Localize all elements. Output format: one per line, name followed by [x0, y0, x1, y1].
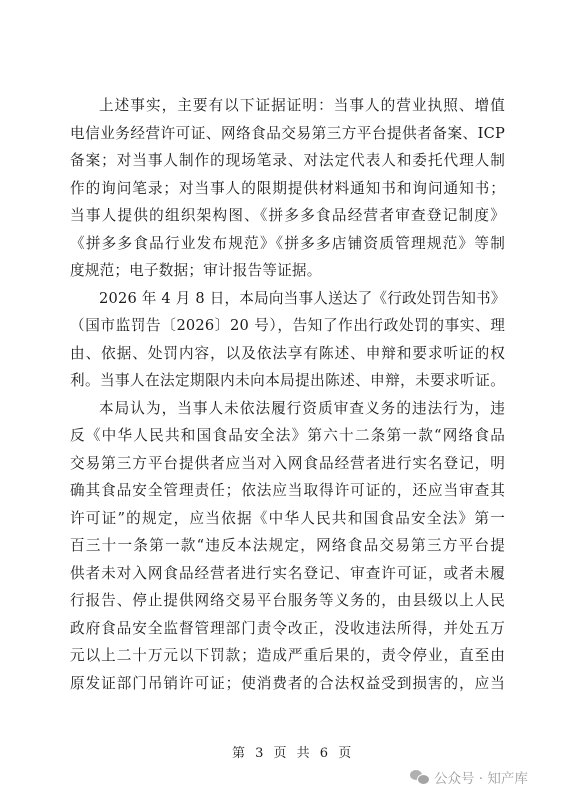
text-line: 《拼多多食品行业发布规范》《拼多多店铺资质管理规范》等制	[70, 230, 505, 258]
page-number: 第 3 页 共 6 页	[232, 742, 354, 761]
text-line: 元以上二十万元以下罚款；造成严重后果的，责令停业，直至由	[70, 642, 505, 670]
text-line: 2026 年 4 月 8 日，本局向当事人送达了《行政处罚告知书》	[70, 285, 505, 313]
wechat-icon	[410, 769, 430, 785]
text-line: 供者未对入网食品经营者进行实名登记、审查许可证，或者未履	[70, 560, 505, 588]
watermark: 公众号 · 知产库	[410, 767, 528, 787]
text-line: 本局认为，当事人未依法履行资质审查义务的违法行为，违	[70, 395, 505, 423]
watermark-text: 公众号 · 知产库	[434, 767, 528, 787]
text-line: 交易第三方平台提供者应当对入网食品经营者进行实名登记，明	[70, 450, 505, 478]
text-line: （国市监罚告〔2026〕20 号），告知了作出行政处罚的事实、理	[70, 312, 505, 340]
document-body: 上述事实，主要有以下证据证明：当事人的营业执照、增值 电信业务经营许可证、网络食…	[70, 92, 505, 697]
text-line: 百三十一条第一款“违反本法规定，网络食品交易第三方平台提	[70, 532, 505, 560]
text-line: 当事人提供的组织架构图、《拼多多食品经营者审查登记制度》	[70, 202, 505, 230]
text-line: 电信业务经营许可证、网络食品交易第三方平台提供者备案、ICP	[70, 120, 505, 148]
text-line: 原发证部门吊销许可证；使消费者的合法权益受到损害的，应当	[70, 670, 505, 698]
text-line: 由、依据、处罚内容，以及依法享有陈述、申辩和要求听证的权	[70, 340, 505, 368]
text-line: 利。当事人在法定期限内未向本局提出陈述、申辩，未要求听证。	[70, 367, 505, 395]
text-line: 度规范；电子数据；审计报告等证据。	[70, 257, 505, 285]
text-line: 许可证”的规定，应当依据《中华人民共和国食品安全法》第一	[70, 505, 505, 533]
text-line: 行报告、停止提供网络交易平台服务等义务的，由县级以上人民	[70, 587, 505, 615]
text-line: 反《中华人民共和国食品安全法》第六十二条第一款“网络食品	[70, 422, 505, 450]
document-page: 上述事实，主要有以下证据证明：当事人的营业执照、增值 电信业务经营许可证、网络食…	[0, 0, 566, 800]
text-line: 备案；对当事人制作的现场笔录、对法定代表人和委托代理人制	[70, 147, 505, 175]
text-line: 作的询问笔录；对当事人的限期提供材料通知书和询问通知书；	[70, 175, 505, 203]
text-line: 政府食品安全监督管理部门责令改正，没收违法所得，并处五万	[70, 615, 505, 643]
text-line: 上述事实，主要有以下证据证明：当事人的营业执照、增值	[70, 92, 505, 120]
text-line: 确其食品安全管理责任；依法应当取得许可证的，还应当审查其	[70, 477, 505, 505]
